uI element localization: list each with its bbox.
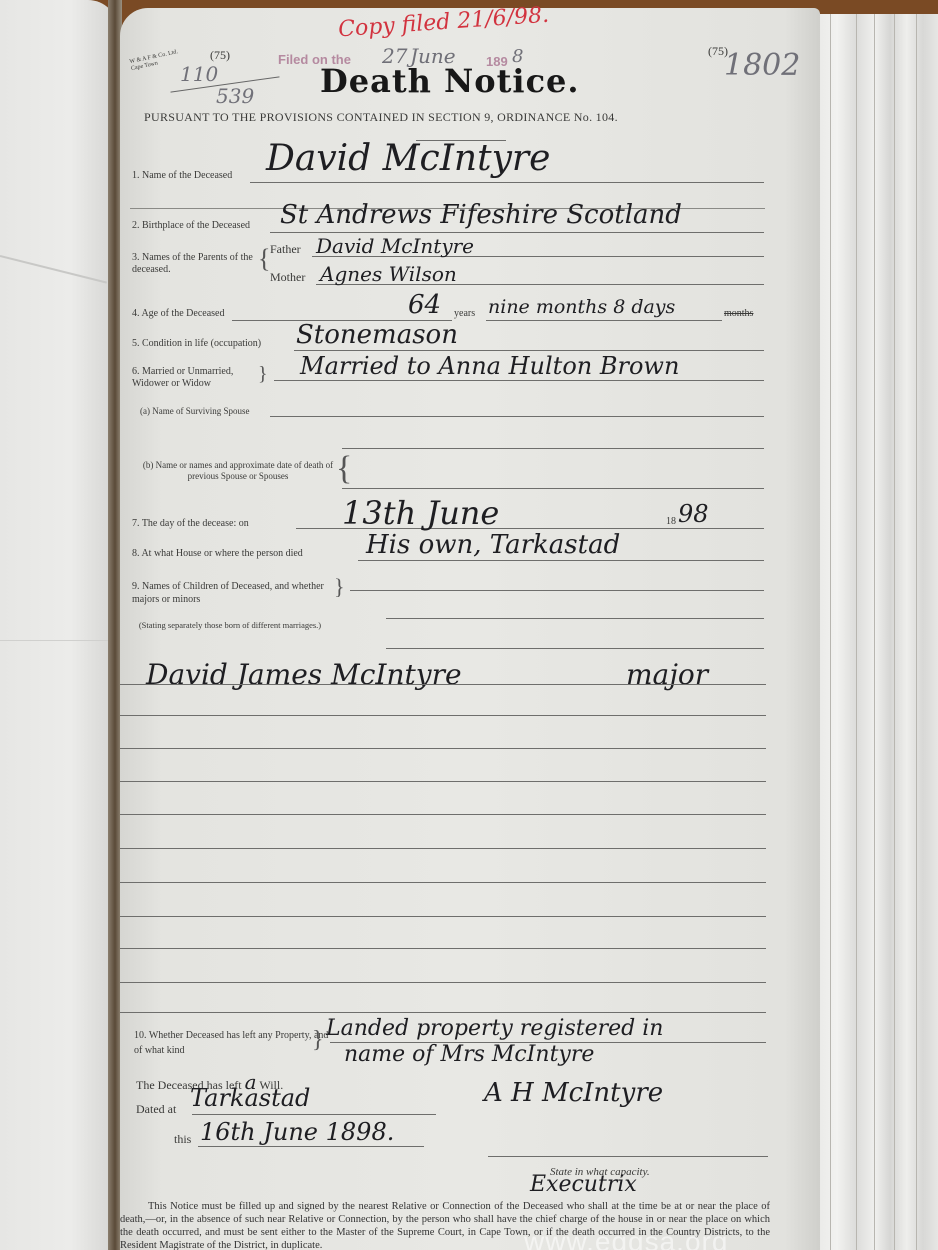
field-label-age: 4. Age of the Deceased (132, 308, 224, 319)
struck-months-label: months (724, 308, 753, 319)
field-label-marital-status: 6. Married or Unmarried, Widower or Wido… (132, 366, 272, 390)
capacity-value: Executrix (530, 1172, 637, 1197)
field-value-marital-status: Married to Anna Hulton Brown (300, 352, 679, 380)
field-value-place-of-death: His own, Tarkastad (366, 530, 620, 560)
reference-number-bottom: 539 (216, 84, 254, 108)
page-crease (0, 255, 107, 284)
field-value-father: David McIntyre (316, 234, 474, 258)
field-label-occupation: 5. Condition in life (occupation) (132, 338, 261, 349)
field-label-name: 1. Name of the Deceased (132, 170, 232, 181)
field-value-occupation: Stonemason (296, 320, 458, 350)
field-label-parents: 3. Names of the Parents of the deceased. (132, 252, 262, 276)
page-crease (0, 640, 110, 641)
children-note: (Stating separately those born of differ… (130, 620, 330, 631)
field-value-child-name: David James McIntyre (146, 658, 462, 691)
dated-date: 16th June 1898. (200, 1118, 394, 1146)
copy-filed-annotation: Copy filed 21/6/98. (337, 3, 549, 43)
dated-at-label: Dated at (136, 1102, 176, 1117)
father-label: Father (270, 242, 301, 257)
this-label: this (174, 1132, 191, 1147)
year-printed: 18 (666, 516, 676, 527)
field-label-surviving-spouse: (a) Name of Surviving Spouse (140, 406, 250, 416)
field-label-children: 9. Names of Children of Deceased, and wh… (132, 580, 342, 606)
field-value-age-years: 64 (408, 290, 441, 320)
field-value-property-line1: Landed property registered in (326, 1016, 663, 1041)
brace: { (258, 246, 270, 272)
death-notice-page: W & A F & Co. Ltd. Cape Town (75) (75) C… (120, 8, 820, 1250)
file-number: 1802 (724, 48, 800, 83)
field-value-property-line2: name of Mrs McIntyre (344, 1042, 594, 1067)
printer-imprint: W & A F & Co. Ltd. Cape Town (129, 49, 181, 73)
page-stack-edges (812, 14, 938, 1250)
field-value-mother: Agnes Wilson (320, 262, 457, 286)
field-value-name: David McIntyre (266, 138, 550, 179)
reference-number-top: 110 (180, 62, 218, 86)
field-value-year: 98 (678, 500, 709, 528)
field-value-age-extra: nine months 8 days (488, 296, 675, 318)
page-subtitle: PURSUANT TO THE PROVISIONS CONTAINED IN … (144, 110, 618, 125)
field-label-birthplace: 2. Birthplace of the Deceased (132, 220, 250, 231)
signature: A H McIntyre (484, 1078, 663, 1108)
form-number-left: (75) (210, 48, 230, 63)
left-facing-page (0, 0, 118, 1250)
field-label-property: 10. Whether Deceased has left any Proper… (134, 1028, 334, 1058)
page-title: Death Notice. (320, 62, 580, 100)
field-value-birthplace: St Andrews Fifeshire Scotland (280, 200, 682, 230)
field-label-place-of-death: 8. At what House or where the person die… (132, 548, 303, 559)
years-label: years (454, 308, 475, 319)
field-value-child-status: major (626, 658, 708, 691)
mother-label: Mother (270, 270, 305, 285)
watermark: www.eggsa.org (524, 1226, 728, 1250)
field-value-day-of-decease: 13th June (342, 494, 499, 532)
dated-at-place: Tarkastad (190, 1084, 310, 1112)
field-label-day-of-decease: 7. The day of the decease: on (132, 518, 249, 529)
field-label-previous-spouse: (b) Name or names and approximate date o… (138, 460, 338, 482)
